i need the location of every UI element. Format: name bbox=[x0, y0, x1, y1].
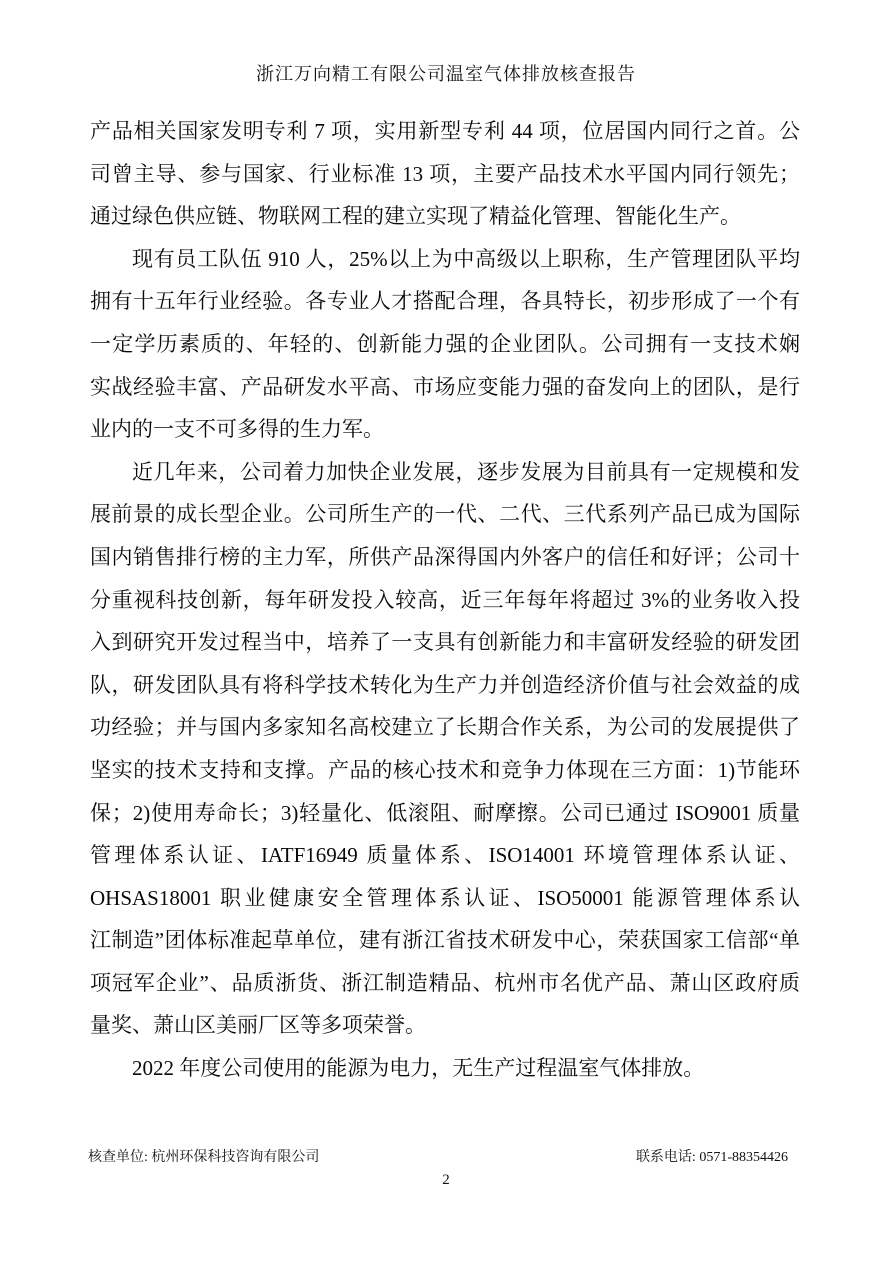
text-line: 保；2)使用寿命长；3)轻量化、低滚阻、耐摩擦。公司已通过 ISO9001 质量 bbox=[90, 792, 800, 835]
paragraph: 2022 年度公司使用的能源为电力，无生产过程温室气体排放。 bbox=[90, 1047, 800, 1090]
text-line: 量奖、萧山区美丽厂区等多项荣誉。 bbox=[90, 1004, 800, 1047]
footer-phone: 联系电话: 0571-88354426 bbox=[636, 1146, 788, 1166]
text-line: OHSAS18001 职业健康安全管理体系认证、ISO50001 能源管理体系认… bbox=[90, 877, 800, 920]
text-line: 入到研究开发过程当中，培养了一支具有创新能力和丰富研发经验的研发团 bbox=[90, 621, 800, 664]
text-line: 2022 年度公司使用的能源为电力，无生产过程温室气体排放。 bbox=[90, 1047, 800, 1090]
page-body: 产品相关国家发明专利 7 项，实用新型专利 44 项，位居国内同行之首。公司曾主… bbox=[90, 110, 800, 1090]
text-line: 一定学历素质的、年轻的、创新能力强的企业团队。公司拥有一支技术娴熟、 bbox=[90, 323, 800, 366]
text-line: 实战经验丰富、产品研发水平高、市场应变能力强的奋发向上的团队，是行 bbox=[90, 366, 800, 409]
footer-verifier: 核查单位: 杭州环保科技咨询有限公司 bbox=[88, 1146, 319, 1166]
text-line: 产品相关国家发明专利 7 项，实用新型专利 44 项，位居国内同行之首。公 bbox=[90, 110, 800, 153]
text-line: 管理体系认证、IATF16949 质量体系、ISO14001 环境管理体系认证、 bbox=[90, 834, 800, 877]
text-line: 拥有十五年行业经验。各专业人才搭配合理，各具特长，初步形成了一个有 bbox=[90, 280, 800, 323]
text-line: 项冠军企业”、品质浙货、浙江制造精品、杭州市名优产品、萧山区政府质 bbox=[90, 962, 800, 1005]
text-line: 分重视科技创新，每年研发投入较高，近三年每年将超过 3%的业务收入投 bbox=[90, 579, 800, 622]
text-line: 通过绿色供应链、物联网工程的建立实现了精益化管理、智能化生产。 bbox=[90, 195, 800, 238]
report-title: 浙江万向精工有限公司温室气体排放核查报告 bbox=[256, 64, 636, 84]
page-number: 2 bbox=[0, 1172, 892, 1189]
paragraph: 现有员工队伍 910 人，25%以上为中高级以上职称，生产管理团队平均拥有十五年… bbox=[90, 238, 800, 451]
text-line: 队，研发团队具有将科学技术转化为生产力并创造经济价值与社会效益的成 bbox=[90, 664, 800, 707]
page-header: 浙江万向精工有限公司温室气体排放核查报告 bbox=[0, 60, 892, 86]
page-footer: 核查单位: 杭州环保科技咨询有限公司 联系电话: 0571-88354426 bbox=[88, 1146, 788, 1166]
paragraph: 产品相关国家发明专利 7 项，实用新型专利 44 项，位居国内同行之首。公司曾主… bbox=[90, 110, 800, 238]
text-line: 江制造”团体标准起草单位，建有浙江省技术研发中心，荣获国家工信部“单 bbox=[90, 919, 800, 962]
document-page: 浙江万向精工有限公司温室气体排放核查报告 产品相关国家发明专利 7 项，实用新型… bbox=[0, 0, 892, 1262]
text-line: 展前景的成长型企业。公司所生产的一代、二代、三代系列产品已成为国际 bbox=[90, 493, 800, 536]
text-line: 现有员工队伍 910 人，25%以上为中高级以上职称，生产管理团队平均 bbox=[90, 238, 800, 281]
text-line: 功经验；并与国内多家知名高校建立了长期合作关系，为公司的发展提供了 bbox=[90, 706, 800, 749]
text-line: 业内的一支不可多得的生力军。 bbox=[90, 408, 800, 451]
text-line: 司曾主导、参与国家、行业标准 13 项，主要产品技术水平国内同行领先； bbox=[90, 153, 800, 196]
paragraph: 近几年来，公司着力加快企业发展，逐步发展为目前具有一定规模和发展前景的成长型企业… bbox=[90, 451, 800, 1047]
text-line: 坚实的技术支持和支撑。产品的核心技术和竞争力体现在三方面：1)节能环 bbox=[90, 749, 800, 792]
text-line: 国内销售排行榜的主力军，所供产品深得国内外客户的信任和好评；公司十 bbox=[90, 536, 800, 579]
text-line: 近几年来，公司着力加快企业发展，逐步发展为目前具有一定规模和发 bbox=[90, 451, 800, 494]
